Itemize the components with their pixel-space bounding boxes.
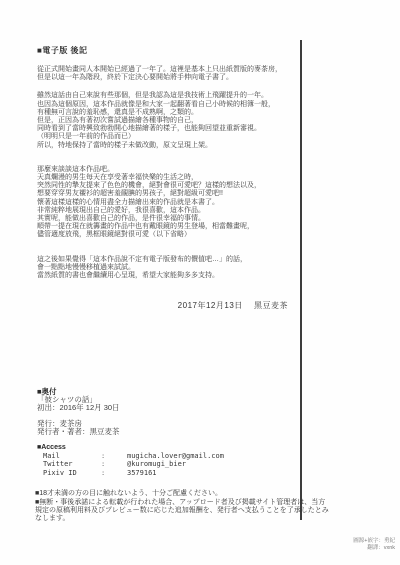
text-line: 這之後如果覺得「這本作品說不定有電子版發布的價值吧…」的話， <box>37 256 299 264</box>
access-separator: : <box>101 452 127 460</box>
access-label: Pixiv ID <box>43 469 101 477</box>
text-line: 但是以這一年為階段，終於下定決心要開始將手伸向電子書了。 <box>37 74 299 82</box>
access-row-mail: Mail : mugicha.lover@gmail.com <box>37 452 224 460</box>
afterword-paragraph-3: 那麼來談談這本作品吧。 天真爛漫的男生每天在享受著幸福快樂的生活之時， 突然同性… <box>37 166 299 240</box>
text-line: （明明只是一年前的作品而已） <box>37 133 299 141</box>
afterword-paragraph-4: 這之後如果覺得「這本作品說不定有電子版發布的價值吧…」的話， 會一點點地慢慢移植… <box>37 256 299 281</box>
credit-line-source: 圖源+嵌字：勇紀 <box>353 538 395 545</box>
notices-section: ■18才未満の方の目に触れないよう、十分ご配慮ください。 ■無断・事後承諾による… <box>35 490 329 524</box>
text-line: 但是，正因為有著初次嘗試過描繪各種事物的自己， <box>37 117 299 125</box>
page-edge-line <box>300 40 302 520</box>
access-label: Twitter <box>43 460 101 468</box>
colophon-section: ■奥付 「彼シャツの話」 初出：2016年 12月 30日 発行：麦茶房 発行者… <box>37 388 120 436</box>
access-value-pixiv: 3579161 <box>127 469 157 477</box>
afterword-paragraph-2: 雖然這話由自己來說有些那個，但是我認為這是我技術上飛躍提升的一年。 也因為這個原… <box>37 92 299 149</box>
age-notice: ■18才未満の方の目に触れないよう、十分ご配慮ください。 <box>35 490 329 498</box>
author: 発行者・著者：黒豆麦茶 <box>37 428 120 436</box>
access-separator: : <box>101 460 127 468</box>
first-published: 初出：2016年 12月 30日 <box>37 404 120 412</box>
access-row-pixiv: Pixiv ID : 3579161 <box>37 469 224 477</box>
access-value-mail: mugicha.lover@gmail.com <box>127 452 224 460</box>
access-header: ■Access <box>37 444 224 452</box>
access-separator: : <box>101 469 127 477</box>
access-row-twitter: Twitter : @kuromugi_bier <box>37 460 224 468</box>
text-line: 雖然這話由自己來說有些那個，但是我認為這是我技術上飛躍提升的一年。 <box>37 92 299 100</box>
access-section: ■Access Mail : mugicha.lover@gmail.com T… <box>37 444 224 477</box>
translator-credits: 圖源+嵌字：勇紀 翻譯：vxnk <box>353 538 395 552</box>
text-line: 想要穿穿男友襯衫的超害羞靦腆的男孩子，絕對超級可愛吧!! <box>37 190 299 198</box>
text-line: 當然紙質的書也會繼續用心呈現，希望大家能夠多多支持。 <box>37 272 299 280</box>
access-label: Mail <box>43 452 101 460</box>
repost-notice: ■無断・事後承諾による転載が行われた場合、アップロード者及び掲載サイト管理者は、… <box>35 499 329 524</box>
text-line: 也因為這個原因，這本作品就像是和大家一起翻著看自己小時候的相簿一般， <box>37 101 299 109</box>
text-line: 那麼來談談這本作品吧。 <box>37 166 299 174</box>
text-line: 非常純粹地展現出自己的愛好，我很喜歡，這本作品。 <box>37 207 299 215</box>
afterword-header: ■電子版 後記 <box>37 45 299 56</box>
text-line: 有種無可言說的羞恥感，還真是不成熟啊，之類的。 <box>37 109 299 117</box>
text-line: 天真爛漫的男生每天在享受著幸福快樂的生活之時， <box>37 174 299 182</box>
afterword-paragraph-1: 從正式開始畫同人本開始已經過了一年了。這裡是基本上只出紙質版的麥茶房， 但是以這… <box>37 66 299 82</box>
text-line: 會一點點地慢慢移植過來試試。 <box>37 264 299 272</box>
scanned-page: ■電子版 後記 從正式開始畫同人本開始已經過了一年了。這裡是基本上只出紙質版的麥… <box>0 0 400 565</box>
credit-line-translator: 翻譯：vxnk <box>353 545 395 552</box>
afterword-section: ■電子版 後記 從正式開始畫同人本開始已經過了一年了。這裡是基本上只出紙質版的麥… <box>37 45 299 311</box>
text-line: 儘管適度放飛，黑框眼鏡絕對很可愛（以下省略） <box>37 231 299 239</box>
date-signature: 2017年12月13日 黑豆麦茶 <box>37 300 299 311</box>
text-line: 從正式開始畫同人本開始已經過了一年了。這裡是基本上只出紙質版的麥茶房， <box>37 66 299 74</box>
access-value-twitter: @kuromugi_bier <box>127 460 186 468</box>
text-line: 所以，特地保持了當時的樣子未做改動，原文呈現上架。 <box>37 142 299 150</box>
text-line: 懷著這樣這樣的心情用盡全力描繪出來的作品就是本書了。 <box>37 199 299 207</box>
